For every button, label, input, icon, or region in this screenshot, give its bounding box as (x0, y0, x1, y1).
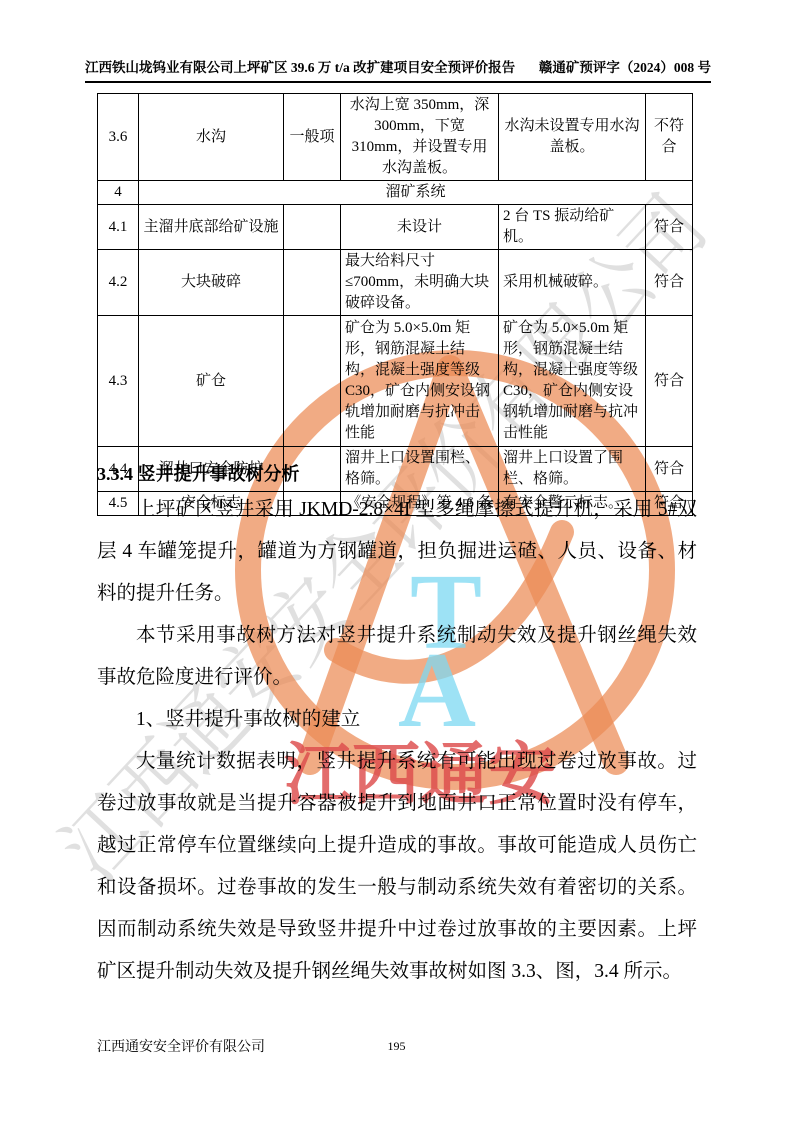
table-row: 4.1 主溜井底部给矿设施 未设计 2 台 TS 振动给矿机。 符合 (98, 205, 693, 250)
row-standard: 水沟上宽 350mm，深300mm，下宽 310mm，并设置专用水沟盖板。 (341, 94, 499, 181)
row-item: 矿仓 (139, 316, 284, 447)
safety-checklist-table: 3.6 水沟 一般项 水沟上宽 350mm，深300mm，下宽 310mm，并设… (97, 93, 693, 516)
row-item: 大块破碎 (139, 250, 284, 316)
row-result: 符合 (646, 250, 693, 316)
row-actual: 水沟未设置专用水沟盖板。 (499, 94, 646, 181)
table-row: 4.2 大块破碎 最大给料尺寸≤700mm，未明确大块破碎设备。 采用机械破碎。… (98, 250, 693, 316)
row-type (284, 316, 341, 447)
row-item: 水沟 (139, 94, 284, 181)
row-standard: 矿仓为 5.0×5.0m 矩形，钢筋混凝土结构，混凝土强度等级 C30，矿仓内侧… (341, 316, 499, 447)
row-actual: 2 台 TS 振动给矿机。 (499, 205, 646, 250)
row-item: 主溜井底部给矿设施 (139, 205, 284, 250)
row-result: 不符合 (646, 94, 693, 181)
section-heading: 3.3.4 竖井提升事故树分析 (97, 459, 697, 489)
table-row: 4.3 矿仓 矿仓为 5.0×5.0m 矩形，钢筋混凝土结构，混凝土强度等级 C… (98, 316, 693, 447)
paragraph: 大量统计数据表明，竖井提升系统有可能出现过卷过放事故。过卷过放事故就是当提升容器… (97, 741, 697, 993)
row-no: 4.2 (98, 250, 139, 316)
row-section-title: 溜矿系统 (139, 181, 693, 205)
section-body: 3.3.4 竖井提升事故树分析 上坪矿区竖井采用 JKMD-2.8×4I 型多绳… (97, 459, 697, 993)
row-no: 4.3 (98, 316, 139, 447)
row-actual: 矿仓为 5.0×5.0m 矩形，钢筋混凝土结构，混凝土强度等级 C30，矿仓内侧… (499, 316, 646, 447)
row-no: 4 (98, 181, 139, 205)
table-section-row: 4 溜矿系统 (98, 181, 693, 205)
row-type (284, 205, 341, 250)
table-row: 3.6 水沟 一般项 水沟上宽 350mm，深300mm，下宽 310mm，并设… (98, 94, 693, 181)
header-document-number: 赣通矿预评字（2024）008 号 (539, 56, 711, 76)
row-standard: 未设计 (341, 205, 499, 250)
row-standard: 最大给料尺寸≤700mm，未明确大块破碎设备。 (341, 250, 499, 316)
row-type: 一般项 (284, 94, 341, 181)
paragraph: 本节采用事故树方法对竖井提升系统制动失效及提升钢丝绳失效事故危险度进行评价。 (97, 615, 697, 699)
row-result: 符合 (646, 316, 693, 447)
footer-page-number: 195 (0, 1039, 793, 1054)
row-type (284, 250, 341, 316)
paragraph: 1、竖井提升事故树的建立 (97, 699, 697, 741)
page-header: 江西铁山垅钨业有限公司上坪矿区 39.6 万 t/a 改扩建项目安全预评价报告 … (85, 56, 711, 83)
row-no: 3.6 (98, 94, 139, 181)
header-report-title: 江西铁山垅钨业有限公司上坪矿区 39.6 万 t/a 改扩建项目安全预评价报告 (85, 56, 515, 76)
row-no: 4.1 (98, 205, 139, 250)
row-result: 符合 (646, 205, 693, 250)
document-page: 江西铁山垅钨业有限公司上坪矿区 39.6 万 t/a 改扩建项目安全预评价报告 … (0, 0, 793, 1122)
paragraph: 上坪矿区竖井采用 JKMD-2.8×4I 型多绳摩擦式提升机，采用 5#双层 4… (97, 489, 697, 615)
row-actual: 采用机械破碎。 (499, 250, 646, 316)
